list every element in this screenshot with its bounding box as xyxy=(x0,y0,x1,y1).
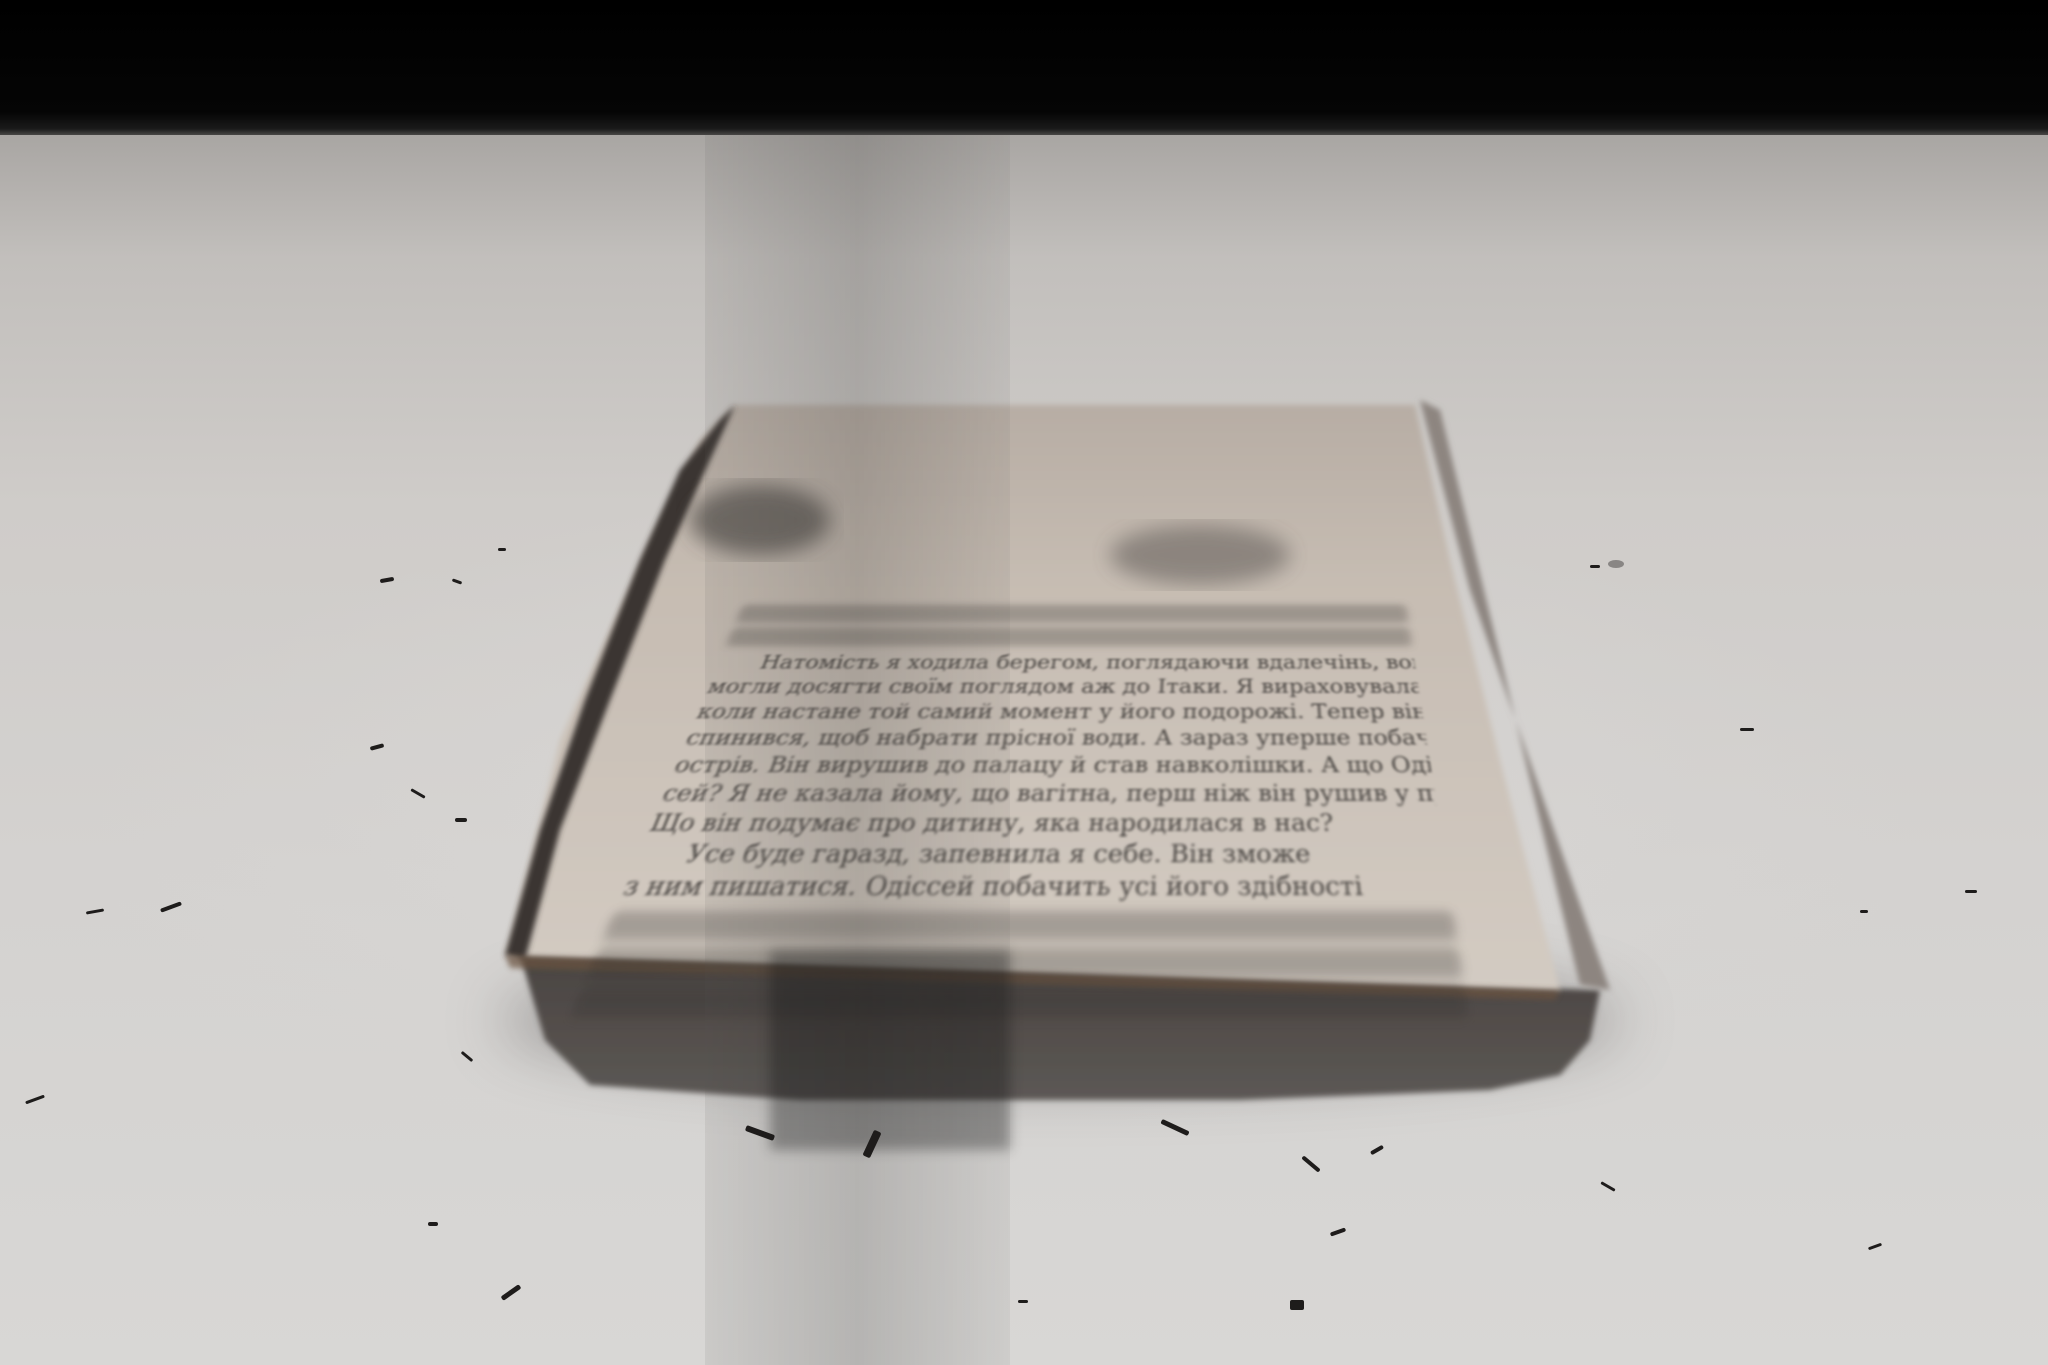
glass-reflection xyxy=(705,135,1010,1365)
burned-book: Натомість я ходила берегом, поглядаючи в… xyxy=(0,0,2048,1365)
glass-reflection-dark xyxy=(770,950,1010,1150)
photo-scene: Натомість я ходила берегом, поглядаючи в… xyxy=(0,0,2048,1365)
